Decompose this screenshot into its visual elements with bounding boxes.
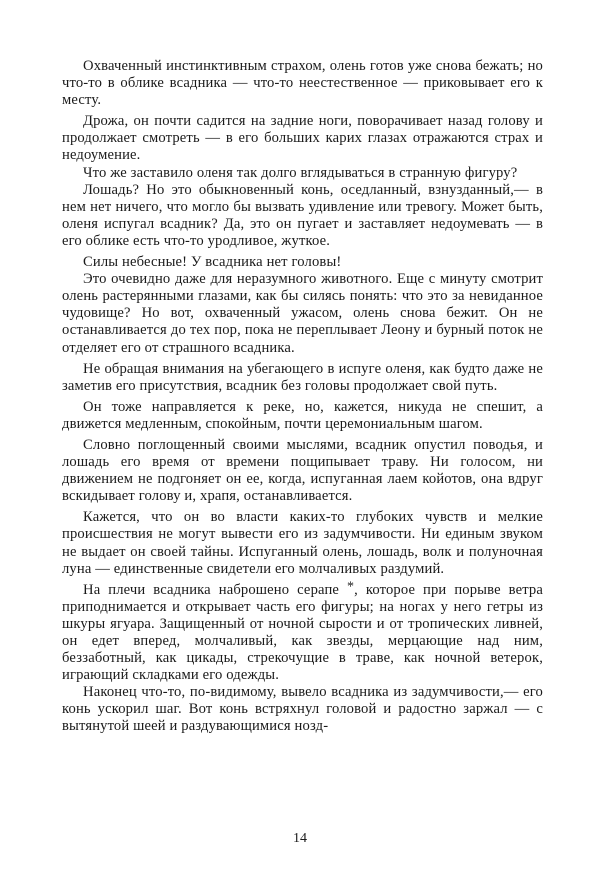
paragraph-10: Кажется, что он во власти каких-то глубо…: [62, 509, 543, 577]
paragraph-9: Словно поглощенный своими мыслями, всадн…: [62, 437, 543, 505]
paragraph-11-start: На плечи всадника наброшено серапе: [83, 582, 339, 598]
paragraph-4: Лошадь? Но это обыкновенный конь, оседла…: [62, 182, 543, 250]
paragraph-12: Наконец что-то, по-видимому, вывело всад…: [62, 684, 543, 735]
paragraph-5: Силы небесные! У всадника нет головы!: [62, 254, 543, 271]
paragraph-2: Дрожа, он почти садится на задние ноги, …: [62, 113, 543, 164]
paragraph-8: Он тоже направляется к реке, но, кажется…: [62, 399, 543, 433]
paragraph-6: Это очевидно даже для неразумного животн…: [62, 271, 543, 356]
paragraph-1: Охваченный инстинктивным страхом, олень …: [62, 58, 543, 109]
paragraph-7: Не обращая внимания на убегающего в испу…: [62, 361, 543, 395]
page-number: 14: [0, 831, 600, 847]
book-page-text: Охваченный инстинктивным страхом, олень …: [62, 58, 543, 736]
paragraph-11: На плечи всадника наброшено серапе *, ко…: [62, 582, 543, 685]
paragraph-3: Что же заставило оленя так долго вглядыв…: [62, 165, 543, 182]
